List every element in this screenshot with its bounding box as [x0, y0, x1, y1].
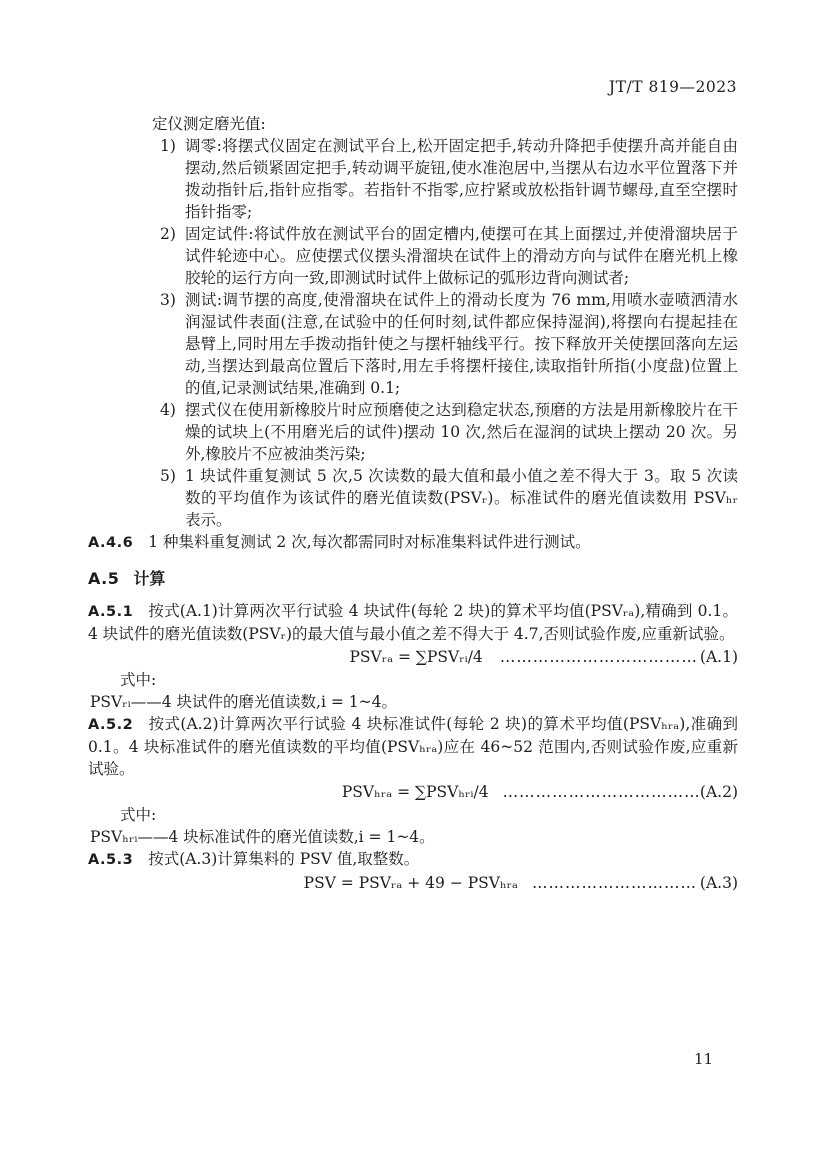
dot-leader: ………………………………	[503, 781, 698, 803]
procedure-list: 1) 调零:将摆式仪固定在测试平台上,松开固定把手,转动升降把手使摆升高并能自由…	[88, 135, 738, 531]
list-item-number: 2)	[160, 223, 185, 289]
doc-header: JT/T 819—2023	[88, 78, 737, 96]
clause-text: 按式(A.3)计算集料的 PSV 值,取整数。	[148, 850, 419, 868]
page-footer: 11	[694, 1050, 713, 1068]
clause-text: 按式(A.2)计算两次平行试验 4 块标准试件(每轮 2 块)的算术平均值(PS…	[88, 715, 738, 778]
formula-a3: PSV = PSVᵣₐ + 49 − PSVₕᵣₐ ……………………………… (…	[88, 872, 738, 894]
clause-label: A.5.2	[88, 717, 133, 733]
section-heading-a5: A.5计算	[88, 567, 738, 591]
list-item: 1) 调零:将摆式仪固定在测试平台上,松开固定把手,转动升降把手使摆升高并能自由…	[160, 135, 738, 223]
formula-number: (A.3)	[700, 872, 738, 894]
symbol-definition: PSVᵣᵢ——4 块试件的磨光值读数,i = 1~4。	[90, 691, 738, 713]
list-item-text: 测试:调节摆的高度,使滑溜块在试件上的滑动长度为 76 mm,用喷水壶喷洒清水润…	[185, 289, 738, 399]
formula-number: (A.2)	[700, 781, 738, 803]
dot-leader: ………………………………	[532, 872, 698, 894]
symbol-definition: PSVₕᵣᵢ——4 块标准试件的磨光值读数,i = 1~4。	[90, 826, 738, 848]
formula-expression: PSVₕᵣₐ = ∑PSVₕᵣᵢ/4	[342, 781, 489, 803]
list-item-number: 1)	[160, 135, 185, 223]
intro-line: 定仪测定磨光值:	[152, 113, 738, 135]
dot-leader: ………………………………	[497, 646, 698, 668]
list-item-number: 4)	[160, 399, 185, 465]
doc-number: JT/T 819—2023	[609, 78, 737, 96]
list-item: 3) 测试:调节摆的高度,使滑溜块在试件上的滑动长度为 76 mm,用喷水壶喷洒…	[160, 289, 738, 399]
list-item-number: 5)	[160, 465, 185, 531]
where-heading: 式中:	[120, 804, 738, 826]
clause-a52: A.5.2按式(A.2)计算两次平行试验 4 块标准试件(每轮 2 块)的算术平…	[88, 713, 738, 780]
formula-expression: PSVᵣₐ = ∑PSVᵣᵢ/4	[349, 646, 482, 668]
clause-label: A.5.1	[88, 604, 133, 620]
formula-expression: PSV = PSVᵣₐ + 49 − PSVₕᵣₐ	[304, 872, 518, 894]
formula-a2: PSVₕᵣₐ = ∑PSVₕᵣᵢ/4 ……………………………… (A.2)	[88, 781, 738, 803]
document-page: JT/T 819—2023 定仪测定磨光值: 1) 调零:将摆式仪固定在测试平台…	[0, 0, 826, 1169]
list-item-text: 固定试件:将试件放在测试平台的固定槽内,使摆可在其上面摆过,并使滑溜块居于试件轮…	[185, 223, 738, 289]
list-item: 2) 固定试件:将试件放在测试平台的固定槽内,使摆可在其上面摆过,并使滑溜块居于…	[160, 223, 738, 289]
page-content: 定仪测定磨光值: 1) 调零:将摆式仪固定在测试平台上,松开固定把手,转动升降把…	[88, 113, 738, 895]
list-item-number: 3)	[160, 289, 185, 399]
clause-a46: A.4.61 种集料重复测试 2 次,每次都需同时对标准集料试件进行测试。	[88, 531, 738, 554]
formula-a1: PSVᵣₐ = ∑PSVᵣᵢ/4 ……………………………… (A.1)	[88, 646, 738, 668]
clause-a51: A.5.1按式(A.1)计算两次平行试验 4 块试件(每轮 2 块)的算术平均值…	[88, 600, 738, 645]
list-item-text: 1 块试件重复测试 5 次,5 次读数的最大值和最小值之差不得大于 3。取 5 …	[185, 465, 738, 531]
list-item-text: 调零:将摆式仪固定在测试平台上,松开固定把手,转动升降把手使摆升高并能自由摆动,…	[185, 135, 738, 223]
list-item: 4) 摆式仪在使用新橡胶片时应预磨使之达到稳定状态,预磨的方法是用新橡胶片在干燥…	[160, 399, 738, 465]
formula-number: (A.1)	[700, 646, 738, 668]
section-number: A.5	[88, 569, 119, 588]
section-title: 计算	[133, 569, 165, 588]
page-number: 11	[694, 1050, 713, 1068]
list-item-text: 摆式仪在使用新橡胶片时应预磨使之达到稳定状态,预磨的方法是用新橡胶片在干燥的试块…	[185, 399, 738, 465]
clause-a53: A.5.3按式(A.3)计算集料的 PSV 值,取整数。	[88, 848, 738, 871]
clause-text: 1 种集料重复测试 2 次,每次都需同时对标准集料试件进行测试。	[148, 533, 590, 551]
clause-label: A.4.6	[88, 535, 133, 551]
where-heading: 式中:	[120, 669, 738, 691]
clause-label: A.5.3	[88, 852, 133, 868]
clause-text: 按式(A.1)计算两次平行试验 4 块试件(每轮 2 块)的算术平均值(PSVᵣ…	[88, 602, 738, 643]
list-item: 5) 1 块试件重复测试 5 次,5 次读数的最大值和最小值之差不得大于 3。取…	[160, 465, 738, 531]
